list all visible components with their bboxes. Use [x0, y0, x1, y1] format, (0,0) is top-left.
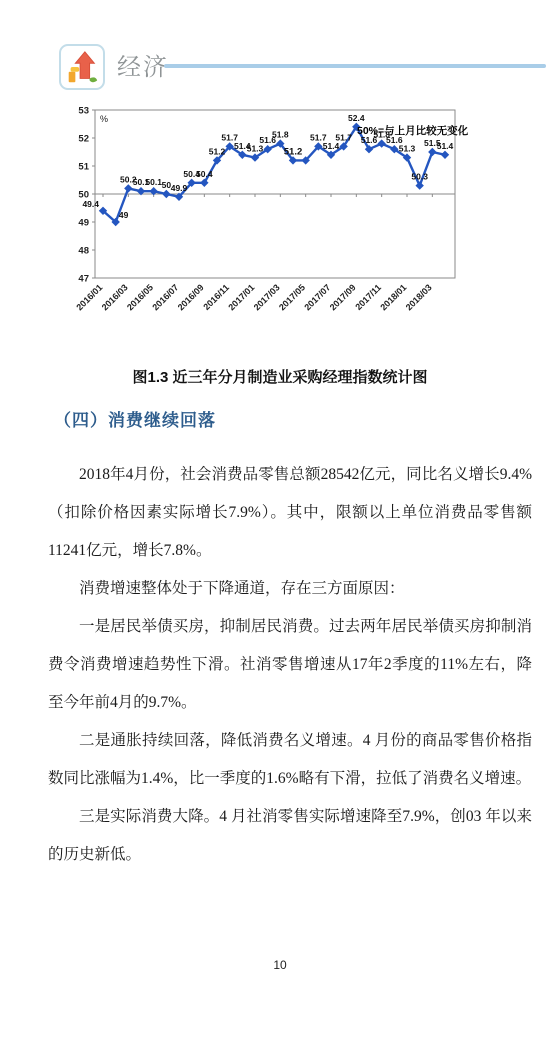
y-tick-label: 52 [78, 134, 89, 145]
data-point-marker [441, 151, 449, 159]
data-point-marker [377, 139, 385, 147]
data-point-label: 51.7 [335, 132, 352, 142]
data-point-label: 50.1 [145, 177, 162, 187]
x-tick-label: 2018/03 [404, 282, 434, 312]
pmi-line-chart: 47484950515253%2016/012016/032016/052016… [60, 100, 540, 350]
data-point-marker [428, 148, 436, 156]
paragraph: 二是通胀持续回落，降低消费名义增速。4 月份的商品零售价格指数同比涨幅为1.4%… [48, 722, 532, 798]
data-point-label: 52.4 [348, 113, 365, 123]
x-tick-label: 2017/03 [252, 282, 282, 312]
paragraph: 消费增速整体处于下降通道，存在三方面原因： [48, 570, 532, 608]
data-point-marker [162, 190, 170, 198]
data-point-label: 51.2 [284, 146, 303, 157]
x-tick-label: 2017/11 [353, 282, 383, 312]
y-tick-label: 51 [78, 162, 89, 173]
body-text: 2018年4月份，社会消费品零售总额28542亿元，同比名义增长9.4%（扣除价… [48, 456, 532, 874]
bar-icon [69, 72, 76, 82]
coin-icon [71, 67, 80, 72]
data-point-label: 51.4 [437, 141, 454, 151]
up-arrow-icon [75, 52, 94, 79]
y-tick-label: 47 [78, 274, 89, 285]
x-tick-label: 2017/05 [277, 282, 307, 312]
data-point-label: 51.2 [209, 146, 226, 156]
trend-up-bars-icon [63, 49, 101, 87]
x-tick-label: 2016/09 [176, 282, 206, 312]
data-point-label: 49 [119, 210, 129, 220]
data-point-marker [415, 181, 423, 189]
pmi-chart-svg: 47484950515253%2016/012016/032016/052016… [60, 100, 540, 350]
section-heading: （四）消费继续回落 [54, 406, 216, 431]
data-point-marker [124, 184, 132, 192]
y-tick-label: 48 [78, 246, 89, 257]
chart-annotation: 50%=与上月比较无变化 [357, 124, 469, 137]
y-unit-label: % [100, 114, 108, 124]
data-point-label: 49.4 [82, 199, 99, 209]
x-tick-label: 2016/03 [100, 282, 130, 312]
paragraph: 三是实际消费大降。4 月社消零售实际增速降至7.9%，创03 年以来的历史新低。 [48, 798, 532, 874]
header-category-label: 经济 [117, 47, 169, 82]
x-tick-label: 2016/01 [74, 282, 104, 312]
data-point-label: 51.8 [272, 130, 289, 140]
figure-caption: 图1.3 近三年分月制造业采购经理指数统计图 [0, 366, 560, 387]
x-tick-label: 2017/07 [302, 282, 332, 312]
x-tick-label: 2018/01 [378, 282, 408, 312]
economy-trend-up-icon [59, 44, 105, 90]
x-tick-label: 2017/01 [226, 282, 256, 312]
header-rule [164, 64, 546, 68]
data-point-label: 49.9 [171, 183, 188, 193]
data-point-label: 50.3 [411, 172, 428, 182]
x-tick-label: 2016/07 [150, 282, 180, 312]
page-number: 10 [0, 958, 560, 972]
y-tick-label: 53 [78, 106, 89, 117]
y-tick-label: 49 [78, 218, 89, 229]
paragraph: 一是居民举债买房，抑制居民消费。过去两年居民举债买房抑制消费令消费增速趋势性下滑… [48, 608, 532, 722]
x-tick-label: 2016/05 [125, 282, 155, 312]
x-tick-label: 2017/09 [328, 282, 358, 312]
leaf-icon [90, 77, 98, 82]
paragraph: 2018年4月份，社会消费品零售总额28542亿元，同比名义增长9.4%（扣除价… [48, 456, 532, 570]
data-point-label: 50.4 [196, 169, 213, 179]
x-tick-label: 2016/11 [201, 282, 231, 312]
data-point-label: 51.3 [399, 144, 416, 154]
